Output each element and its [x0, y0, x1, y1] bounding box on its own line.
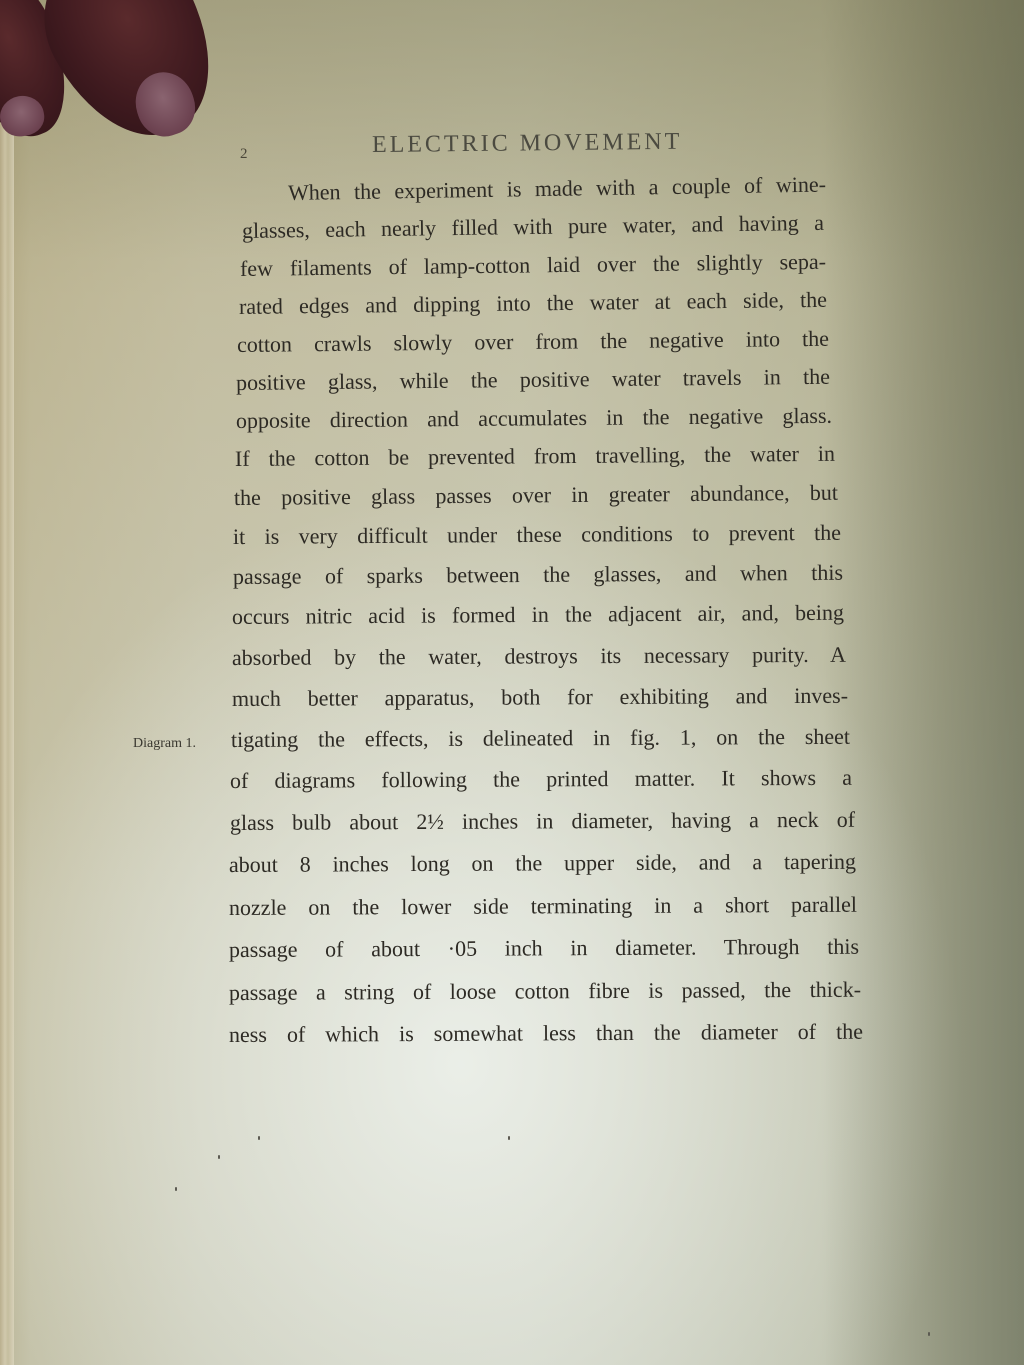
text-line: positive glass, while the positive water… [236, 364, 830, 396]
text-line: the positive glass passes over in greate… [234, 480, 838, 511]
text-line: passage of sparks between the glasses, a… [233, 560, 843, 590]
text-line: passage of about ·05 inch in diameter. T… [229, 934, 859, 963]
text-line: few filaments of lamp-cotton laid over t… [240, 249, 826, 282]
text-line: When the experiment is made with a coupl… [288, 172, 826, 206]
text-line: rated edges and dipping into the water a… [239, 287, 827, 320]
text-line: ness of which is somewhat less than the … [229, 1019, 863, 1048]
paper-speck [218, 1155, 220, 1159]
text-line: occurs nitric acid is formed in the adja… [232, 600, 844, 630]
text-line: glasses, each nearly filled with pure wa… [242, 210, 824, 244]
text-line: passage a string of loose cotton fibre i… [229, 977, 861, 1006]
text-line: absorbed by the water, destroys its nece… [232, 642, 846, 671]
paper-speck [928, 1332, 930, 1336]
text-line: tigating the effects, is delineated in f… [231, 724, 850, 753]
paper-speck [175, 1187, 177, 1191]
book-page: 2 ELECTRIC MOVEMENT Diagram 1. When the … [0, 0, 1024, 1365]
text-line: cotton crawls slowly over from the negat… [237, 326, 829, 358]
text-line: about 8 inches long on the upper side, a… [229, 849, 856, 878]
text-line: much better apparatus, both for exhibiti… [232, 683, 848, 712]
page-number: 2 [240, 146, 248, 163]
text-line: it is very difficult under these conditi… [233, 520, 841, 550]
text-line: nozzle on the lower side terminating in … [229, 892, 857, 921]
paper-speck [258, 1136, 260, 1140]
paper-speck [508, 1136, 510, 1140]
margin-note-diagram: Diagram 1. [133, 736, 196, 752]
text-line: of diagrams following the printed matter… [230, 765, 852, 794]
text-line: glass bulb about 2½ inches in diameter, … [230, 807, 855, 836]
page-stack-edge [0, 120, 14, 1365]
running-title: ELECTRIC MOVEMENT [372, 129, 683, 159]
text-line: opposite direction and accumulates in th… [236, 403, 832, 434]
text-line: If the cotton be prevented from travelli… [235, 441, 835, 472]
